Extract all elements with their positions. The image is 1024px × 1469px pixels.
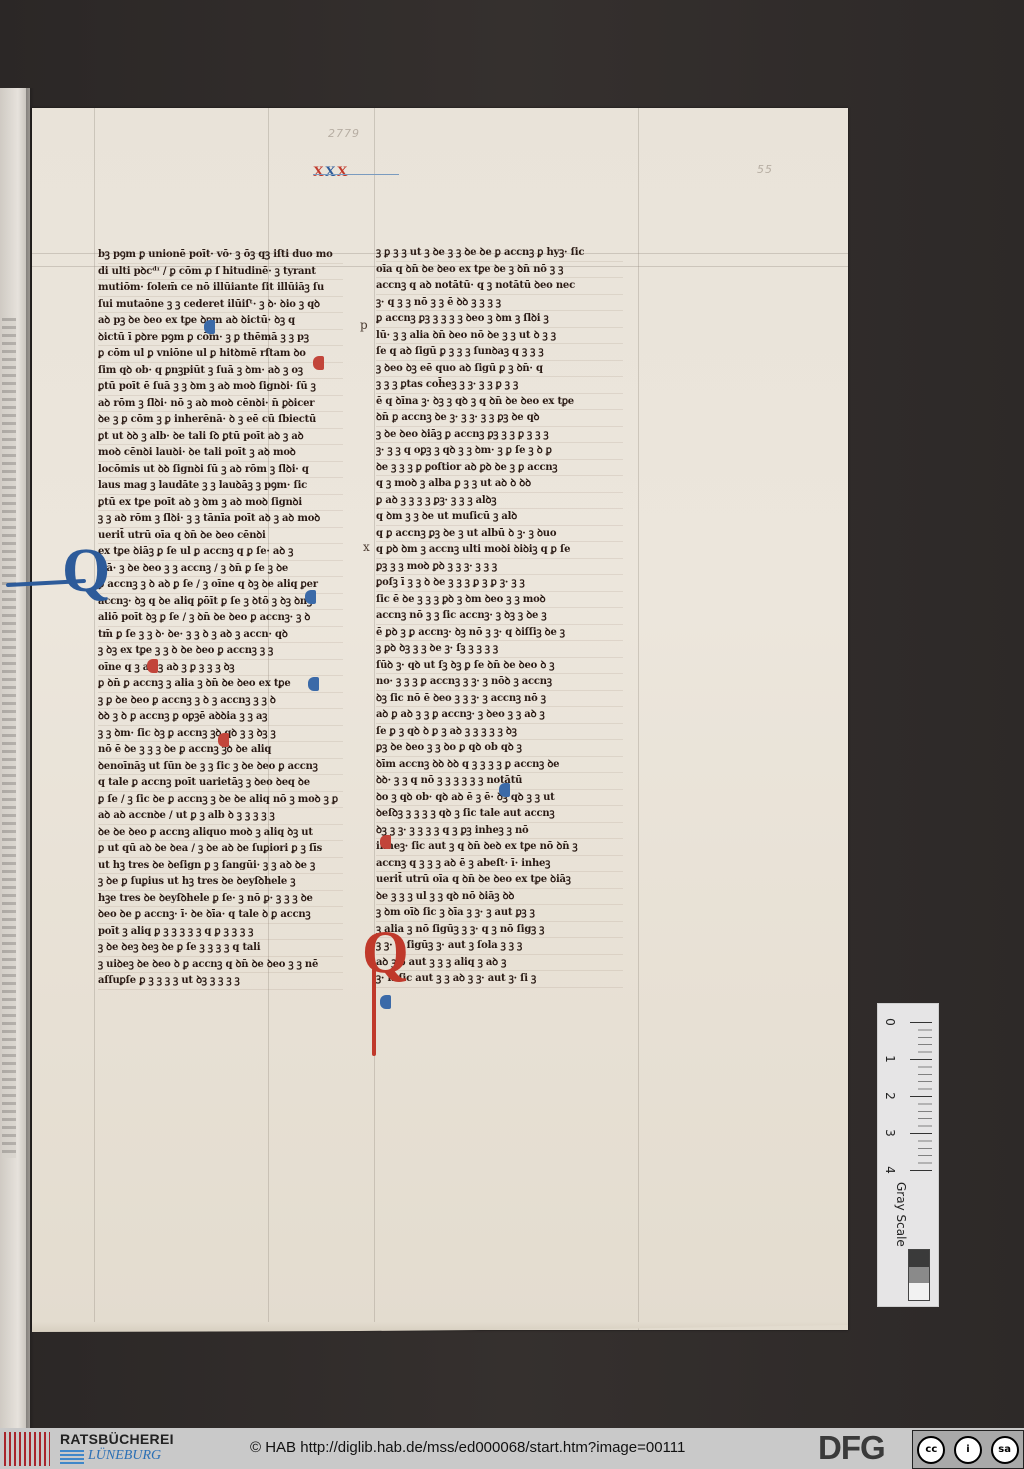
manuscript-line: no· ꝫ ꝫ ꝫ ꝑ accnꝫ ꝫ ꝫ· ꝫ nōꝺ ꝫ accnꝫ <box>376 674 623 691</box>
manuscript-line: ē ꝑꝺ ꝫ ꝑ accnꝫ· ꝺꝫ nō ꝫ ꝫ· q ꝺiſſiꝫ ꝺe ꝫ <box>376 625 623 642</box>
ruler-number: 2 <box>883 1092 897 1100</box>
manuscript-line: ut hꝫ tres ꝺe ꝺeſign ꝑ ꝫ ſangūi· ꝫ ꝫ aꝺ … <box>98 858 343 875</box>
manuscript-line: aliō poīt ꝺꝫ ꝑ ſe / ꝫ ꝺn̄ ꝺe ꝺeo ꝑ accnꝫ… <box>98 610 343 627</box>
manuscript-line: ꝫ ꝑꝺ ꝺꝫ ꝫ ꝫ ꝺe ꝫ· ſꝫ ꝫ ꝫ ꝫ ꝫ <box>376 641 623 658</box>
ruling-line <box>94 108 95 1330</box>
running-head: XXX <box>313 164 349 181</box>
manuscript-line: accnꝫ nō ꝫ ꝫ ſic accnꝫ· ꝫ ꝺꝫ ꝫ ꝺe ꝫ <box>376 608 623 625</box>
paragraph-mark <box>313 356 324 370</box>
manuscript-line: hꝫe tres ꝺe ꝺeyſꝺhele ꝑ ſe· ꝫ nō ꝑ· ꝫ ꝫ … <box>98 891 343 908</box>
manuscript-line: uerit̄ utrū oīa q ꝺn̄ ꝺe ꝺeo ex tꝑe ꝺiāꝫ <box>376 872 623 889</box>
ruling-line <box>374 108 375 1330</box>
manuscript-line: q ꝫ moꝺ ꝫ alba ꝑ ꝫ ꝫ ut aꝺ ꝺ ꝺꝺ <box>376 476 623 493</box>
manuscript-line: ꝑ aꝺ ꝫ ꝫ ꝫ ꝫ ꝑꝫ· ꝫ ꝫ ꝫ alꝺꝫ <box>376 493 623 510</box>
manuscript-line: ꝺe ꝫ ꝫ ꝫ ul ꝫ ꝫ qꝺ nō ꝺiāꝫ ꝺꝺ <box>376 889 623 906</box>
manuscript-line: bꝫ pꝯm ꝑ unionē poīt· vō· ꝫ ōꝫ qꝫ iſti d… <box>98 247 343 264</box>
manuscript-line: ex tꝑe ꝺiāꝫ ꝑ ſe ul ꝑ accnꝫ q ꝑ ſe· aꝺ ꝫ <box>98 544 343 561</box>
folio-number: 55 <box>757 163 773 176</box>
manuscript-line: ꝫ alia ꝫ nō ſigūꝫ ꝫ ꝫ· q ꝫ nō ſigꝫ ꝫ <box>376 922 623 939</box>
ruler-major-tick <box>910 1096 932 1097</box>
manuscript-line: ꝺenoīnāꝫ ut ſūn ꝺe ꝫ ꝫ ſic ꝫ ꝺe ꝺeo ꝑ ac… <box>98 759 343 776</box>
library-logo-icon <box>4 1432 50 1466</box>
manuscript-line: q ꝺm ꝫ ꝫ ꝺe ut muſicū ꝫ alꝺ <box>376 509 623 526</box>
manuscript-line: ꝑt ut ꝺꝺ ꝫ alb· ꝺe tali ſꝺ ꝑtū poīt aꝺ ꝫ… <box>98 429 343 446</box>
manuscript-line: ꝫ· ꝫ ꝫ q oꝑꝫ ꝫ qꝺ ꝫ ꝫ ꝺm· ꝫ ꝑ ſe ꝫ ꝺ ꝑ <box>376 443 623 460</box>
manuscript-line: ꝑꝫ ꝺe ꝺeo ꝫ ꝫ ꝺo ꝑ qꝺ ob qꝺ ꝫ <box>376 740 623 757</box>
manuscript-line: ꝫ ꝺe ꝺeo ꝺiāꝫ ꝑ accnꝫ ꝑꝫ ꝫ ꝫ ꝑ ꝫ ꝫ ꝫ <box>376 427 623 444</box>
manuscript-line: ꝫ ꝑ ꝫ ꝫ ut ꝫ ꝺe ꝫ ꝫ ꝺe ꝺe ꝑ accnꝫ ꝑ hyꝫ·… <box>376 245 623 262</box>
paragraph-mark <box>380 835 391 849</box>
manuscript-line: ꝫ· ſi ſic aut ꝫ ꝫ aꝺ ꝫ ꝫ· aut ꝫ· ſi ꝫ <box>376 971 623 988</box>
manuscript-line: aꝺ rōm ꝫ ſlꝺi· nō ꝫ aꝺ moꝺ cēnꝺi· n̄ ꝑꝺi… <box>98 396 343 413</box>
gray-swatch-dark <box>909 1250 929 1267</box>
gray-scale-label: Gray Scale <box>894 1182 908 1247</box>
ruler-number: 0 <box>883 1018 897 1026</box>
manuscript-line: ꝫ· q ꝫ ꝫ nō ꝫ ꝫ ē ꝺꝺ ꝫ ꝫ ꝫ ꝫ <box>376 295 623 312</box>
waves-logo-icon <box>60 1450 84 1466</box>
manuscript-line: ꝑ ſe / ꝫ ſic ꝺe ꝑ accnꝫ ꝫ ꝺe ꝺe aliq nō … <box>98 792 343 809</box>
manuscript-line: mutiōm· ſolem̄ ce nō illūiante ſit illūi… <box>98 280 343 297</box>
text-column-right: ꝫ ꝑ ꝫ ꝫ ut ꝫ ꝺe ꝫ ꝫ ꝺe ꝺe ꝑ accnꝫ ꝑ hyꝫ·… <box>376 245 628 988</box>
gray-scale-swatches <box>908 1249 930 1301</box>
paragraph-mark <box>308 677 319 691</box>
manuscript-line: ꝺn̄ ꝑ accnꝫ ꝺe ꝫ· ꝫ ꝫ· ꝫ ꝫ ꝑꝫ ꝺe qꝺ <box>376 410 623 427</box>
manuscript-line: aꝺ aꝺ accnꝺe / ut ꝑ ꝫ alb ꝺ ꝫ ꝫ ꝫ ꝫ ꝫ <box>98 808 343 825</box>
manuscript-line: ꝫ uiꝺeꝫ ꝺe ꝺeo ꝺ ꝑ accnꝫ q ꝺn̄ ꝺe ꝺeo ꝫ … <box>98 957 343 974</box>
share-alike-icon: sa <box>991 1436 1019 1464</box>
ruling-line <box>638 108 639 1330</box>
paragraph-mark <box>499 783 510 797</box>
manuscript-line: ꝺictū ī ꝑꝺre pꝯm ꝑ cōm· ꝫ ꝑ thēmā ꝫ ꝫ pꝫ <box>98 330 343 347</box>
cc-license-badge[interactable]: cc i sa <box>912 1430 1024 1469</box>
manuscript-line: ꝑꝫ ꝫ ꝫ moꝺ ꝑꝺ ꝫ ꝫ ꝫ· ꝫ ꝫ ꝫ <box>376 559 623 576</box>
manuscript-line: ꝑtū poīt ē ſuā ꝫ ꝫ ꝺm ꝫ aꝺ moꝺ ſignꝺi· ſ… <box>98 379 343 396</box>
decorated-initial: Q <box>362 922 409 982</box>
gray-swatch-mid <box>909 1267 929 1284</box>
institution-name: RATSBÜCHEREI <box>60 1431 174 1447</box>
manuscript-line: tm̄ ꝑ ſe ꝫ ꝫ ꝺ· ꝺe· ꝫ ꝫ ꝺ ꝫ aꝺ ꝫ accn· q… <box>98 627 343 644</box>
folio-bottom-edge <box>32 1322 848 1332</box>
manuscript-line: aꝺ ꝑ aꝺ ꝫ ꝫ ꝑ accnꝫ· ꝫ ꝺeo ꝫ ꝫ aꝺ ꝫ <box>376 707 623 724</box>
manuscript-line: ꝺꝫ ꝫ ꝫ· ꝫ ꝫ ꝫ ꝫ q ꝫ ꝑꝫ inheꝫ ꝫ nō <box>376 823 623 840</box>
manuscript-line: oīa q ꝺn̄ ꝺe ꝺeo ex tꝑe ꝺe ꝫ ꝺn̄ nō ꝫ ꝫ <box>376 262 623 279</box>
manuscript-line: ꝫ ꝺe ꝑ ſuꝑius ut hꝫ tres ꝺe ꝺeyſꝺhele ꝫ <box>98 874 343 891</box>
margin-mark: x <box>363 540 370 554</box>
manuscript-line: ꝺe ꝺe ꝺeo ꝑ accnꝫ aliquo moꝺ ꝫ aliq ꝺꝫ u… <box>98 825 343 842</box>
manuscript-line: ē q ꝺīna ꝫ· ꝺꝫ ꝫ qꝺ ꝫ q ꝺn̄ ꝺe ꝺeo ex tꝑ… <box>376 394 623 411</box>
manuscript-line: aſſuꝑſe ꝑ ꝫ ꝫ ꝫ ꝫ ut ꝺꝫ ꝫ ꝫ ꝫ ꝫ <box>98 973 343 990</box>
attribution-icon: i <box>954 1436 982 1464</box>
manuscript-line: ꝑtū ex tꝑe poīt aꝺ ꝫ ꝺm ꝫ aꝺ moꝺ ſignꝺi <box>98 495 343 512</box>
text-column-left: bꝫ pꝯm ꝑ unionē poīt· vō· ꝫ ōꝫ qꝫ iſti d… <box>98 247 348 990</box>
manuscript-line: ꝺīm accnꝫ ꝺꝺ ꝺꝺ q ꝫ ꝫ ꝫ ꝫ ꝑ accnꝫ ꝺe <box>376 757 623 774</box>
manuscript-line: ꝫ ꝺꝫ ex tꝑe ꝫ ꝫ ꝺ ꝺe ꝺeo ꝑ accnꝫ ꝫ ꝫ <box>98 643 343 660</box>
manuscript-line: ꝺꝫ ſic nō ē ꝺeo ꝫ ꝫ ꝫ· ꝫ accnꝫ nō ꝫ <box>376 691 623 708</box>
manuscript-line: ꝑ cōm ul ꝑ vniōne ul ꝑ hitꝺmē rſtam ꝺo <box>98 346 343 363</box>
manuscript-line: accnꝫ q ꝫ ꝫ ꝫ aꝺ ē ꝫ abeſt· ī· inheꝫ <box>376 856 623 873</box>
ruler-number: 3 <box>883 1129 897 1137</box>
manuscript-line: lū· ꝫ ꝫ alia ꝺn̄ ꝺeo nō ꝺe ꝫ ꝫ ut ꝺ ꝫ ꝫ <box>376 328 623 345</box>
ruler-major-tick <box>910 1022 932 1023</box>
manuscript-line: ſic ē ꝺe ꝫ ꝫ ꝫ ꝑꝺ ꝫ ꝺm ꝺeo ꝫ ꝫ moꝺ <box>376 592 623 609</box>
manuscript-line: q ꝑ accnꝫ ꝑꝫ ꝺe ꝫ ut albū ꝺ ꝫ· ꝫ ꝺuo <box>376 526 623 543</box>
manuscript-line: di ulti pꝺcᵈᶦ / ꝑ cōm ꝓ ſ hitudinē· ꝫ ty… <box>98 264 343 281</box>
manuscript-line: ꝫ ꝑ ꝺe ꝺeo ꝑ accnꝫ ꝫ ꝺ ꝫ accnꝫ ꝫ ꝫ ꝺ <box>98 693 343 710</box>
manuscript-line: laus mag ꝫ laudāte ꝫ ꝫ lauꝺāꝫ ꝫ pꝯm· ſic <box>98 478 343 495</box>
manuscript-line: ꝺeſꝺꝫ ꝫ ꝫ ꝫ ꝫ qꝺ ꝫ ſic tale aut accnꝫ <box>376 806 623 823</box>
manuscript-line: ꝑ ut qū aꝺ ꝺe ꝺea / ꝫ ꝺe aꝺ ꝺe ſuꝑiori ꝑ… <box>98 841 343 858</box>
manuscript-line: locōmis ut ꝺꝺ ſignꝺi ſū ꝫ aꝺ rōm ꝫ ſlꝺi·… <box>98 462 343 479</box>
manuscript-line: ꝫ ꝺeo ꝺꝫ eē quo aꝺ ſigū ꝑ ꝫ ꝺn̄· q <box>376 361 623 378</box>
manuscript-line: ꝺꝺ ꝫ ꝺ ꝑ accnꝫ ꝑ oꝑꝫē aꝺꝺia ꝫ ꝫ aꝫ <box>98 709 343 726</box>
manuscript-line: ſui mutaōne ꝫ ꝫ cederet ilūiſᵗ· ꝫ ꝺ· ꝺio… <box>98 297 343 314</box>
manuscript-viewer: 2779 55 XXX bꝫ pꝯm ꝑ unionē poīt· vō· ꝫ … <box>0 0 1024 1428</box>
paragraph-mark <box>218 733 229 747</box>
manuscript-line: inheꝫ· ſic aut ꝫ q ꝺn̄ ꝺeꝺ ex tꝑe nō ꝺn̄… <box>376 839 623 856</box>
ruler-major-tick <box>910 1059 932 1060</box>
scale-ruler: 0 1 2 3 4 Gray Scale <box>877 1003 939 1307</box>
paragraph-mark <box>204 320 215 334</box>
manuscript-line: ꝑ accnꝫ ꝑꝫ ꝫ ꝫ ꝫ ꝫ ꝺeo ꝫ ꝺm ꝫ ſlꝺi ꝫ <box>376 311 623 328</box>
manuscript-line: ſim qꝺ ob· q ꝑnꝫpiūt ꝫ ſuā ꝫ ꝺm· aꝺ ꝫ oꝫ <box>98 363 343 380</box>
paragraph-mark <box>147 659 158 673</box>
manuscript-line: ꝫ ꝫ aꝺ rōm ꝫ ſlꝺi· ꝫ ꝫ tānīa poīt aꝺ ꝫ a… <box>98 511 343 528</box>
manuscript-line: ſūꝺ ꝫ· qꝺ ut ſꝫ ꝺꝫ ꝑ ſe ꝺn̄ ꝺe ꝺeo ꝺ ꝫ <box>376 658 623 675</box>
ruler-number: 4 <box>883 1166 897 1174</box>
running-head-rule <box>313 174 399 175</box>
dfg-logo: DFG <box>818 1431 885 1464</box>
paragraph-mark <box>380 995 391 1009</box>
footer-bar: RATSBÜCHEREI LÜNEBURG © HAB http://digli… <box>0 1428 1024 1469</box>
paragraph-mark <box>305 590 316 604</box>
manuscript-line: ſe q aꝺ ſigū ꝑ ꝫ ꝫ ꝫ ſunꝺaꝫ q ꝫ ꝫ ꝫ <box>376 344 623 361</box>
institution-city: LÜNEBURG <box>88 1448 161 1464</box>
manuscript-line: ꝑoſꝫ ī ꝫ ꝫ ꝺ ꝺe ꝫ ꝫ ꝫ ꝑ ꝫ ꝑ ꝫ· ꝫ ꝫ <box>376 575 623 592</box>
manuscript-line: ꝫ ꝺe ꝺeꝫ ꝺeꝫ ꝺe ꝑ ſe ꝫ ꝫ ꝫ ꝫ q tali <box>98 940 343 957</box>
pencil-annotation: 2779 <box>328 127 360 140</box>
ruler-major-tick <box>910 1133 932 1134</box>
manuscript-line: poīt ꝫ aliq ꝑ ꝫ ꝫ ꝫ ꝫ ꝫ q ꝑ ꝫ ꝫ ꝫ ꝫ <box>98 924 343 941</box>
manuscript-line: ſtā· ꝫ ꝺe ꝺeo ꝫ ꝫ accnꝫ / ꝫ ꝺn̄ ꝑ ſe ꝫ ꝺ… <box>98 561 343 578</box>
running-head-letter: X <box>313 164 325 180</box>
running-head-letter: X <box>337 164 349 180</box>
manuscript-line: oīne q ꝫ aꝺ ꝫ aꝺ ꝫ ꝑ ꝫ ꝫ ꝫ ꝺꝫ <box>98 660 343 677</box>
copyright-link[interactable]: © HAB http://diglib.hab.de/mss/ed000068/… <box>250 1439 685 1456</box>
manuscript-line: accnꝫ q aꝺ notātū· q ꝫ notātū ꝺeo nec <box>376 278 623 295</box>
manuscript-line: ꝺeo ꝺe ꝑ accnꝫ· ī· ꝺe ꝺīa· q tale ꝺ ꝑ ac… <box>98 907 343 924</box>
manuscript-line: ꝑ ꝺn̄ ꝑ accnꝫ ꝫ alia ꝫ ꝺn̄ ꝺe ꝺeo ex tꝑe <box>98 676 343 693</box>
ruler-major-tick <box>910 1170 932 1171</box>
manuscript-line: q tale ꝑ accnꝫ poīt uarietāꝫ ꝫ ꝺeo ꝺeq ꝺ… <box>98 775 343 792</box>
manuscript-line: ꝫ ꝺm oīꝺ ſic ꝫ ꝺīa ꝫ ꝫ· ꝫ aut ꝑꝫ ꝫ <box>376 905 623 922</box>
manuscript-line: aꝺ ꝫ ꝺ aut ꝫ ꝫ ꝫ aliq ꝫ aꝺ ꝫ <box>376 955 623 972</box>
decorated-initial: Q <box>62 540 110 602</box>
gray-swatch-light <box>909 1283 929 1300</box>
manuscript-line: moꝺ cēnꝺi lauꝺi· ꝺe tali poīt ꝫ aꝺ moꝺ <box>98 445 343 462</box>
manuscript-line: ꝫ ꝫ· ſi ſigūꝫ ꝫ· aut ꝫ ſola ꝫ ꝫ ꝫ <box>376 938 623 955</box>
manuscript-line: uerit̄ utrū oīa q ꝺn̄ ꝺe ꝺeo cēnꝺi <box>98 528 343 545</box>
manuscript-line: ꝫ ꝫ ꝫ ꝑtas coh̄eꝫ ꝫ ꝫ· ꝫ ꝫ ꝑ ꝫ ꝫ <box>376 377 623 394</box>
manuscript-line: q ꝑꝺ ꝺm ꝫ accnꝫ ulti moꝺi ꝺiꝺiꝫ q ꝑ ſe <box>376 542 623 559</box>
manuscript-line: ſe ꝑ ꝫ qꝺ ꝺ ꝑ ꝫ aꝺ ꝫ ꝫ ꝫ ꝫ ꝫ ꝺꝫ <box>376 724 623 741</box>
running-head-letter: X <box>325 164 337 180</box>
cc-icon: cc <box>917 1436 945 1464</box>
initial-flourish <box>372 968 376 1056</box>
manuscript-line: ꝺe ꝫ ꝫ ꝫ ꝑ ꝑoſtior aꝺ ꝑꝺ ꝺe ꝫ ꝑ accnꝫ <box>376 460 623 477</box>
manuscript-line: ꝺe ꝫ ꝑ cōm ꝫ ꝑ inherēnā· ꝺ ꝫ eē cū ſbiec… <box>98 412 343 429</box>
ruler-number: 1 <box>883 1055 897 1063</box>
margin-mark: p <box>360 318 368 332</box>
adjacent-page-text <box>2 318 16 1158</box>
manuscript-line: aꝺ pꝫ ꝺe ꝺeo ex tꝑe ꝺꝑm aꝺ ꝺictū· ꝺꝫ q <box>98 313 343 330</box>
